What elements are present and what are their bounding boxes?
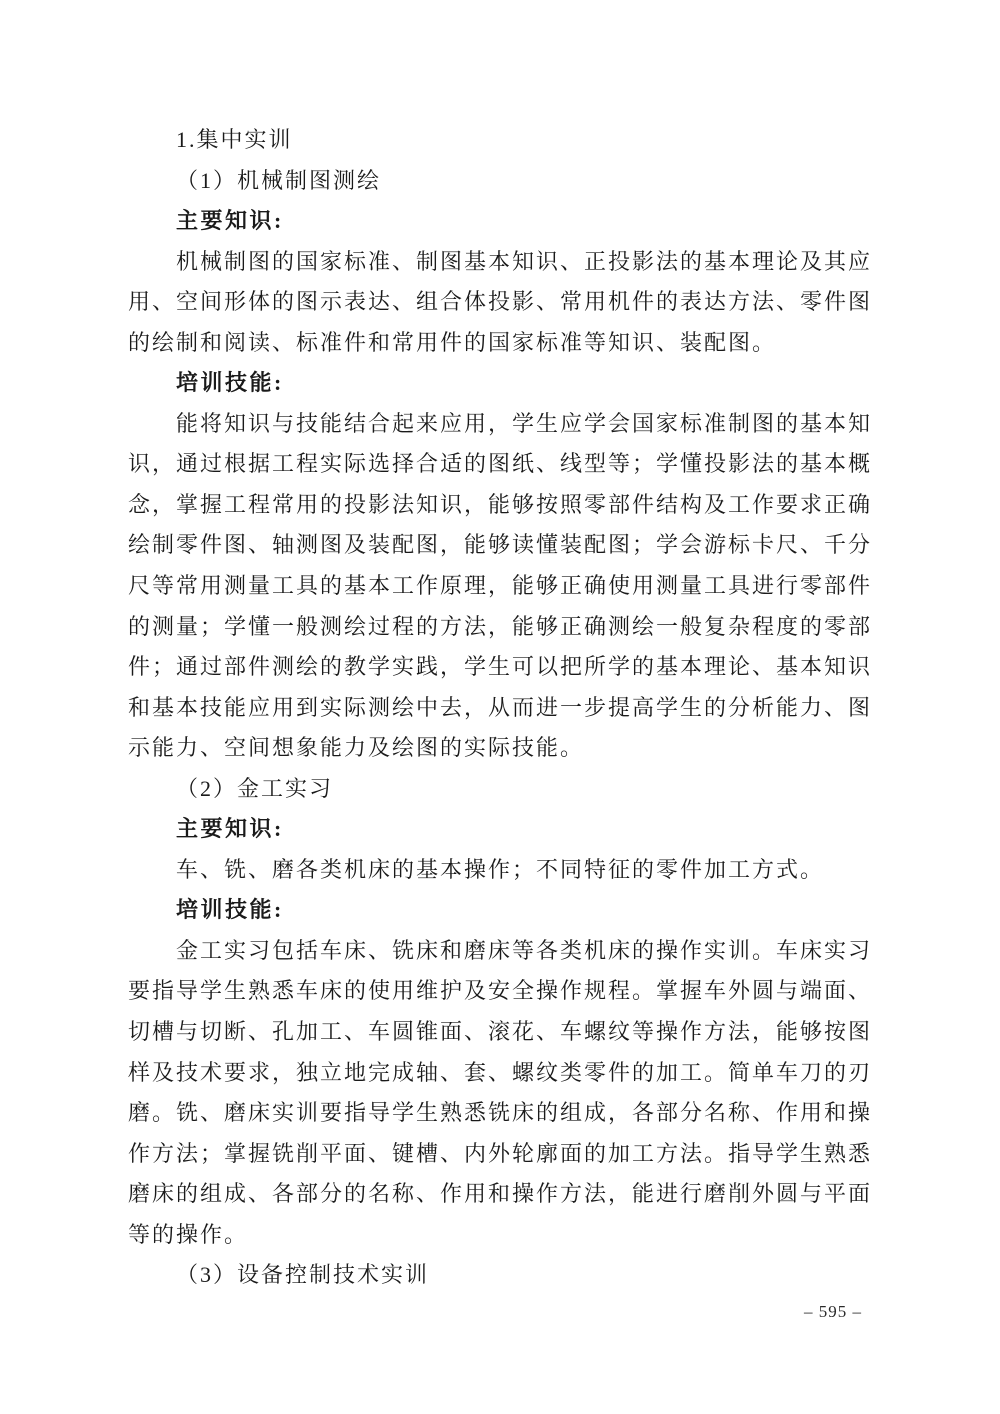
label-main-knowledge-1: 主要知识: — [128, 201, 874, 242]
subsection-heading-1: （1）机械制图测绘 — [128, 161, 874, 202]
label-main-knowledge-2: 主要知识: — [128, 809, 874, 850]
paragraph-line: 绘制零件图、轴测图及装配图，能够读懂装配图；学会游标卡尺、千分 — [128, 525, 874, 566]
paragraph-line: 机械制图的国家标准、制图基本知识、正投影法的基本理论及其应 — [128, 242, 874, 283]
paragraph-line: 念，掌握工程常用的投影法知识，能够按照零部件结构及工作要求正确 — [128, 485, 874, 526]
paragraph-line: 切槽与切断、孔加工、车圆锥面、滚花、车螺纹等操作方法，能够按图 — [128, 1012, 874, 1053]
paragraph-line: 示能力、空间想象能力及绘图的实际技能。 — [128, 728, 874, 769]
label-training-skills-1: 培训技能: — [128, 363, 874, 404]
paragraph-line: 金工实习包括车床、铣床和磨床等各类机床的操作实训。车床实习 — [128, 931, 874, 972]
paragraph-line: 样及技术要求，独立地完成轴、套、螺纹类零件的加工。简单车刀的刃 — [128, 1053, 874, 1094]
document-page: 1.集中实训 （1）机械制图测绘 主要知识: 机械制图的国家标准、制图基本知识、… — [0, 0, 1000, 1414]
page-number: – 595 – — [804, 1302, 862, 1322]
paragraph-line: 等的操作。 — [128, 1215, 874, 1256]
paragraph-line: 要指导学生熟悉车床的使用维护及安全操作规程。掌握车外圆与端面、 — [128, 971, 874, 1012]
paragraph-line: 车、铣、磨各类机床的基本操作；不同特征的零件加工方式。 — [128, 850, 874, 891]
paragraph-line: 的测量；学懂一般测绘过程的方法，能够正确测绘一般复杂程度的零部 — [128, 607, 874, 648]
paragraph-line: 用、空间形体的图示表达、组合体投影、常用机件的表达方法、零件图 — [128, 282, 874, 323]
body-text: 1.集中实训 （1）机械制图测绘 主要知识: 机械制图的国家标准、制图基本知识、… — [128, 120, 874, 1296]
paragraph-line: 识，通过根据工程实际选择合适的图纸、线型等；学懂投影法的基本概 — [128, 444, 874, 485]
paragraph-line: 磨床的组成、各部分的名称、作用和操作方法，能进行磨削外圆与平面 — [128, 1174, 874, 1215]
subsection-heading-3: （3）设备控制技术实训 — [128, 1255, 874, 1296]
paragraph-line: 的绘制和阅读、标准件和常用件的国家标准等知识、装配图。 — [128, 323, 874, 364]
numbered-heading-1: 1.集中实训 — [128, 120, 874, 161]
label-training-skills-2: 培训技能: — [128, 890, 874, 931]
paragraph-line: 件；通过部件测绘的教学实践，学生可以把所学的基本理论、基本知识 — [128, 647, 874, 688]
paragraph-line: 尺等常用测量工具的基本工作原理，能够正确使用测量工具进行零部件 — [128, 566, 874, 607]
paragraph-line: 和基本技能应用到实际测绘中去，从而进一步提高学生的分析能力、图 — [128, 688, 874, 729]
subsection-heading-2: （2）金工实习 — [128, 769, 874, 810]
paragraph-line: 作方法；掌握铣削平面、键槽、内外轮廓面的加工方法。指导学生熟悉 — [128, 1134, 874, 1175]
paragraph-line: 能将知识与技能结合起来应用，学生应学会国家标准制图的基本知 — [128, 404, 874, 445]
paragraph-line: 磨。铣、磨床实训要指导学生熟悉铣床的组成，各部分名称、作用和操 — [128, 1093, 874, 1134]
